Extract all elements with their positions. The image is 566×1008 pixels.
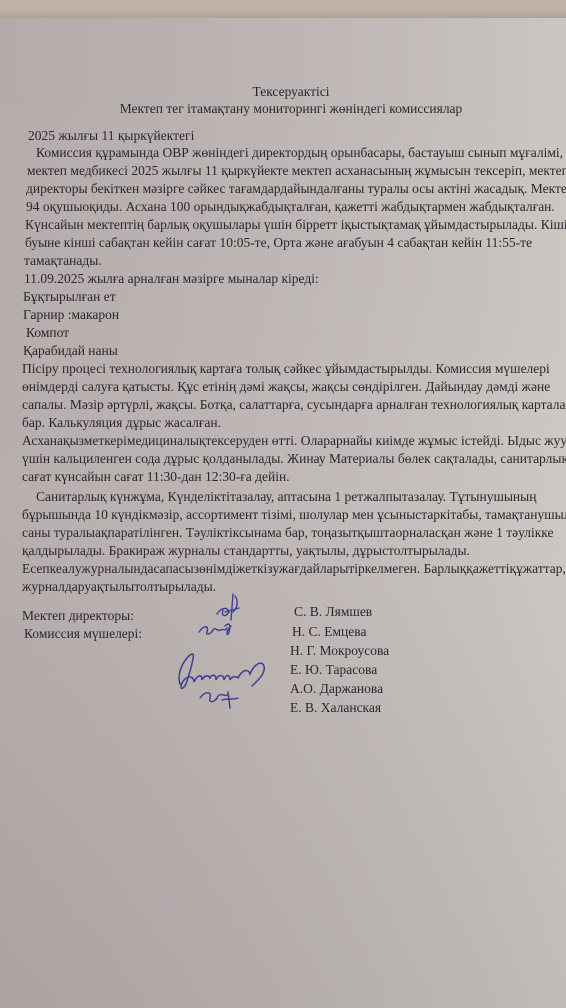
signatory-name: Е. Ю. Тарасова [290, 662, 377, 678]
signatory-name: А.О. Даржанова [290, 681, 383, 697]
table-surface [0, 0, 566, 20]
commission-label: Комиссия мүшелері: [24, 626, 142, 642]
body-line: Пісіру процесі технологиялық картаға тол… [22, 361, 550, 377]
body-line: журналдаруақтылытолтырылады. [22, 579, 216, 595]
body-line: Есепкеалужурналындасапасызөнімдіжеткізуж… [22, 561, 566, 577]
body-line: бұрышында 10 күндікмәзір, ассортимент ті… [22, 507, 566, 523]
body-line: қалдырылады. Бракираж журналы стандартты… [22, 543, 470, 559]
body-line: сапалы. Мәзір әртүрлі, жақсы. Ботқа, сал… [22, 397, 566, 413]
body-line: сағат күнсайын сағат 11:30-дан 12:30-ға … [22, 469, 290, 485]
body-line: мектеп медбикесі 2025 жылғы 11 қыркүйект… [27, 163, 566, 179]
signatory-name: Н. С. Емцева [292, 624, 366, 640]
body-line: Комиссия құрамында ОВР жөніндегі директо… [36, 145, 563, 161]
signatory-name: Е. В. Халанская [290, 700, 381, 716]
signatory-name: Н. Г. Мокроусова [290, 643, 389, 659]
body-line: өнімдерді салуға қатысты. Құс етінің дәм… [22, 379, 550, 395]
menu-item: Компот [26, 325, 69, 341]
menu-item: Қарабидай наны [23, 343, 118, 359]
body-line: үшін кальциленген сода дұрыс қолданылады… [22, 451, 566, 467]
body-line: директоры бекіткен мәзірге сәйкес тағамд… [26, 181, 566, 197]
body-line: бар. Калькуляция дұрыс жасалған. [22, 415, 221, 431]
director-label: Мектеп директоры: [22, 608, 134, 624]
document-subtitle: Мектеп тег ітамақтану мониторингі жөнінд… [8, 101, 566, 117]
signatory-name: С. В. Лямшев [294, 604, 372, 620]
body-line: Күнсайын мектептің барлық оқушылары үшін… [25, 217, 566, 233]
document-title: Тексеруактісі [8, 84, 566, 100]
body-line: 94 оқушыоқиды. Асхана 100 орындықжабдықт… [26, 199, 555, 215]
body-line: Асханақызметкерімедициналықтексеруден өт… [22, 433, 566, 449]
menu-item: Бұқтырылған ет [23, 289, 116, 305]
body-line: Санитарлық күнжұма, Күнделіктітазалау, а… [36, 489, 536, 505]
menu-heading: 11.09.2025 жылға арналған мәзірге мынала… [24, 271, 319, 287]
body-line: тамақтанады. [24, 253, 102, 269]
body-line: буыне кінші сабақтан кейін сағат 10:05-т… [25, 235, 532, 251]
date-line: 2025 жылғы 11 қыркүйектегі [28, 128, 194, 144]
menu-item: Гарнир :макарон [23, 307, 119, 323]
body-line: саны туралыақпаратілінген. Тәуліктіксына… [22, 525, 554, 541]
